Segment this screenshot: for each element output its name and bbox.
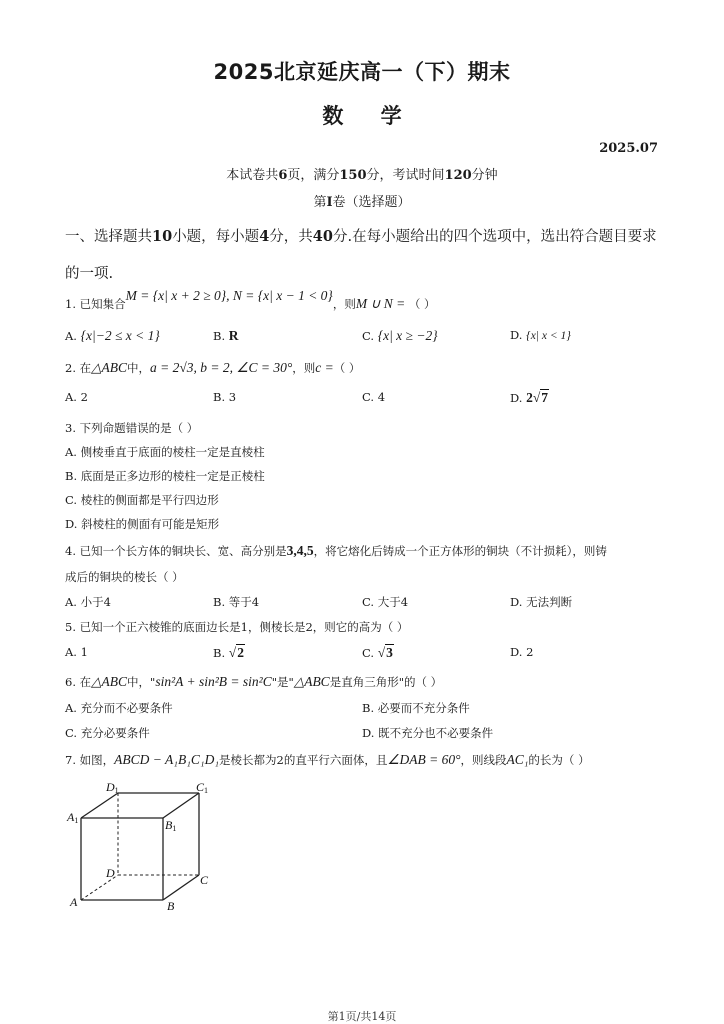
info-pages: 6 [278, 168, 287, 183]
option-c: C. 充分必要条件 [65, 725, 150, 741]
option-coef: 2 [526, 390, 533, 405]
option-text: 充分必要条件 [81, 726, 150, 740]
question-math: c = [315, 360, 333, 375]
option-c: C. √3 [362, 645, 394, 661]
question-text: ，则 [333, 297, 356, 311]
question-math: △ABC [91, 674, 127, 689]
question-math: 3,4,5 [287, 543, 314, 558]
option-text: 3 [229, 390, 236, 404]
option-label: C. [362, 595, 374, 609]
option-label: D. [65, 517, 77, 531]
question-number: 1. [65, 297, 76, 311]
option-label: B. [65, 469, 77, 483]
option-text: 小于4 [81, 595, 111, 609]
option-c: C. 棱柱的侧面都是平行四边形 [65, 492, 219, 508]
info-text: 分钟 [472, 168, 498, 183]
option-text: 必要而不充分条件 [378, 701, 470, 715]
info-text: 页，满分 [287, 168, 339, 183]
option-radicand: 7 [540, 389, 549, 405]
option-label: C. [362, 390, 374, 404]
question-text: 已知一个长方体的铜块长、宽、高分别是 [80, 544, 287, 558]
option-b: B. R [213, 328, 239, 344]
question-text: ，将它熔化后铸成一个正方体形的铜块（不计损耗），则铸 [314, 544, 607, 558]
exam-date: 2025.07 [599, 141, 658, 156]
option-b: B. 3 [213, 390, 236, 404]
vertex-label-d1: D1 [105, 780, 119, 795]
question-text: 已知一个正六棱锥的底面边长是1，侧棱长是2，则它的高为（ ） [80, 620, 409, 634]
info-time: 120 [445, 168, 472, 183]
question-number: 6. [65, 675, 76, 689]
option-text: 棱柱的侧面都是平行四边形 [81, 493, 219, 507]
question-text: 中，" [127, 675, 155, 689]
option-d: D. {x| x < 1} [510, 328, 571, 342]
option-text: 大于4 [378, 595, 408, 609]
section-total: 40 [313, 228, 333, 245]
option-a: A. 充分而不必要条件 [65, 700, 173, 716]
question-text: ，则线段 [460, 753, 506, 767]
question-math: a = 2√3, b = 2, ∠C = 30° [150, 360, 292, 375]
question-text: 下列命题错误的是（ ） [80, 421, 199, 435]
option-label: A. [65, 701, 77, 715]
question-text: "是" [272, 675, 294, 689]
question-text: 已知集合 [80, 297, 126, 311]
page-number: 第1页/共14页 [0, 1008, 724, 1024]
option-label: B. [362, 701, 374, 715]
question-text: 的长为（ ） [528, 753, 589, 767]
exam-info: 本试卷共6页，满分150分，考试时间120分钟 [0, 164, 724, 183]
question-text: 在 [80, 361, 92, 375]
section-text: 分，共 [269, 229, 313, 245]
question-text: 在 [80, 675, 92, 689]
option-d: D. 2 [510, 645, 533, 659]
option-text: 1 [81, 645, 88, 659]
option-d: D. 既不充分也不必要条件 [362, 725, 493, 741]
option-text: 斜棱柱的侧面有可能是矩形 [81, 517, 219, 531]
section-points: 4 [259, 228, 269, 245]
option-b: B. 等于4 [213, 594, 259, 610]
option-text: {x| x ≥ −2} [378, 328, 438, 343]
question-2-stem: 2. 在△ABC中，a = 2√3, b = 2, ∠C = 30°，则c =（… [65, 360, 360, 376]
section-count: 10 [152, 228, 172, 245]
info-text: 分，考试时间 [367, 168, 445, 183]
question-number: 3. [65, 421, 76, 435]
option-d: D. 无法判断 [510, 594, 572, 610]
option-b: B. √2 [213, 645, 245, 661]
option-d: D. 斜棱柱的侧面有可能是矩形 [65, 516, 219, 532]
vertex-label-c: C [200, 873, 209, 887]
question-math: ∠DAB = 60° [387, 752, 460, 767]
question-text: 中， [127, 361, 150, 375]
option-radicand: 2 [236, 644, 245, 660]
option-label: B. [213, 646, 225, 660]
question-math: △ABC [91, 360, 127, 375]
option-text: 2 [81, 390, 88, 404]
question-4-stem: 4. 已知一个长方体的铜块长、宽、高分别是3,4,5，将它熔化后铸成一个正方体形… [65, 543, 607, 559]
parallelepiped-figure: D1 C1 A1 B1 D C A B [55, 775, 235, 915]
section-instructions: 一、选择题共10小题，每小题4分，共40分.在每小题给出的四个选项中，选出符合题… [65, 218, 670, 293]
option-text: 等于4 [229, 595, 259, 609]
vertex-label-b1: B1 [165, 818, 176, 833]
option-text: {x| x < 1} [526, 330, 571, 342]
option-c: C. 4 [362, 390, 385, 404]
question-number: 4. [65, 544, 76, 558]
option-c: C. {x| x ≥ −2} [362, 328, 438, 344]
option-text: 4 [378, 390, 385, 404]
option-a: A. 侧棱垂直于底面的棱柱一定是直棱柱 [65, 444, 265, 460]
question-6-stem: 6. 在△ABC中，"sin²A + sin²B = sin²C"是"△ABC是… [65, 674, 442, 690]
section-text: 小题，每小题 [172, 229, 259, 245]
option-label: D. [362, 726, 374, 740]
vertex-label-d: D [105, 866, 115, 880]
question-text: 是棱长都为2的直平行六面体，且 [219, 753, 387, 767]
question-4-stem-line2: 成后的铜块的棱长（ ） [65, 569, 184, 585]
vertex-label-b: B [167, 899, 175, 913]
section-text: 一、选择题共 [65, 229, 152, 245]
question-text: ，则 [292, 361, 315, 375]
option-label: A. [65, 329, 77, 343]
option-label: C. [65, 726, 77, 740]
question-1-stem: 1. 已知集合M = {x| x + 2 ≥ 0}, N = {x| x − 1… [65, 296, 436, 312]
option-text: 充分而不必要条件 [81, 701, 173, 715]
option-b: B. 底面是正多边形的棱柱一定是正棱柱 [65, 468, 265, 484]
option-c: C. 大于4 [362, 594, 408, 610]
vertex-label-c1: C1 [196, 780, 208, 795]
option-a: A. 2 [65, 390, 88, 404]
volume-text: 第 [313, 195, 326, 210]
option-label: D. [510, 391, 522, 405]
question-math: sin²A + sin²B = sin²C [155, 674, 271, 689]
option-label: A. [65, 445, 77, 459]
question-number: 5. [65, 620, 76, 634]
option-text: 2 [526, 645, 533, 659]
answer-blank: （ ） [334, 361, 361, 375]
option-label: C. [362, 646, 374, 660]
answer-blank: （ ） [409, 297, 436, 311]
option-label: B. [213, 390, 225, 404]
info-score: 150 [339, 168, 366, 183]
question-5-stem: 5. 已知一个正六棱锥的底面边长是1，侧棱长是2，则它的高为（ ） [65, 619, 408, 635]
subject-title: 数 学 [0, 100, 724, 130]
option-text: 侧棱垂直于底面的棱柱一定是直棱柱 [81, 445, 265, 459]
question-math: M ∪ N = [356, 296, 405, 311]
question-7-stem: 7. 如图，ABCD − A₁B₁C₁D₁是棱长都为2的直平行六面体，且∠DAB… [65, 752, 590, 768]
option-b: B. 必要而不充分条件 [362, 700, 470, 716]
option-text: 无法判断 [526, 595, 572, 609]
vertex-label-a1: A1 [66, 810, 78, 825]
option-text: R [229, 328, 239, 343]
question-number: 2. [65, 361, 76, 375]
option-text: {x|−2 ≤ x < 1} [81, 328, 160, 343]
option-label: D. [510, 595, 522, 609]
question-math: M = {x| x + 2 ≥ 0}, N = {x| x − 1 < 0} [126, 288, 333, 303]
option-label: A. [65, 390, 77, 404]
option-label: A. [65, 595, 77, 609]
question-math: △ABC [294, 674, 330, 689]
question-math: AC₁ [506, 752, 528, 767]
vertex-label-a: A [69, 895, 78, 909]
option-text: 既不充分也不必要条件 [378, 726, 493, 740]
question-3-stem: 3. 下列命题错误的是（ ） [65, 420, 198, 436]
option-a: A. 1 [65, 645, 88, 659]
info-text: 本试卷共 [226, 168, 278, 183]
question-text: 如图， [80, 753, 115, 767]
question-number: 7. [65, 753, 76, 767]
option-label: A. [65, 645, 77, 659]
question-math: ABCD − A₁B₁C₁D₁ [114, 752, 219, 767]
option-label: B. [213, 329, 225, 343]
option-label: C. [65, 493, 77, 507]
option-d: D. 2√7 [510, 390, 549, 406]
option-label: D. [510, 645, 522, 659]
exam-title: 2025北京延庆高一（下）期末 [0, 56, 724, 86]
option-radicand: 3 [385, 644, 394, 660]
option-label: D. [510, 328, 522, 342]
option-label: C. [362, 329, 374, 343]
option-label: B. [213, 595, 225, 609]
option-text: 底面是正多边形的棱柱一定是正棱柱 [81, 469, 265, 483]
option-a: A. 小于4 [65, 594, 111, 610]
question-text: 是直角三角形"的（ ） [330, 675, 442, 689]
volume-title: 第I卷（选择题） [0, 191, 724, 210]
volume-text: 卷（选择题） [333, 195, 411, 210]
option-a: A. {x|−2 ≤ x < 1} [65, 328, 160, 344]
